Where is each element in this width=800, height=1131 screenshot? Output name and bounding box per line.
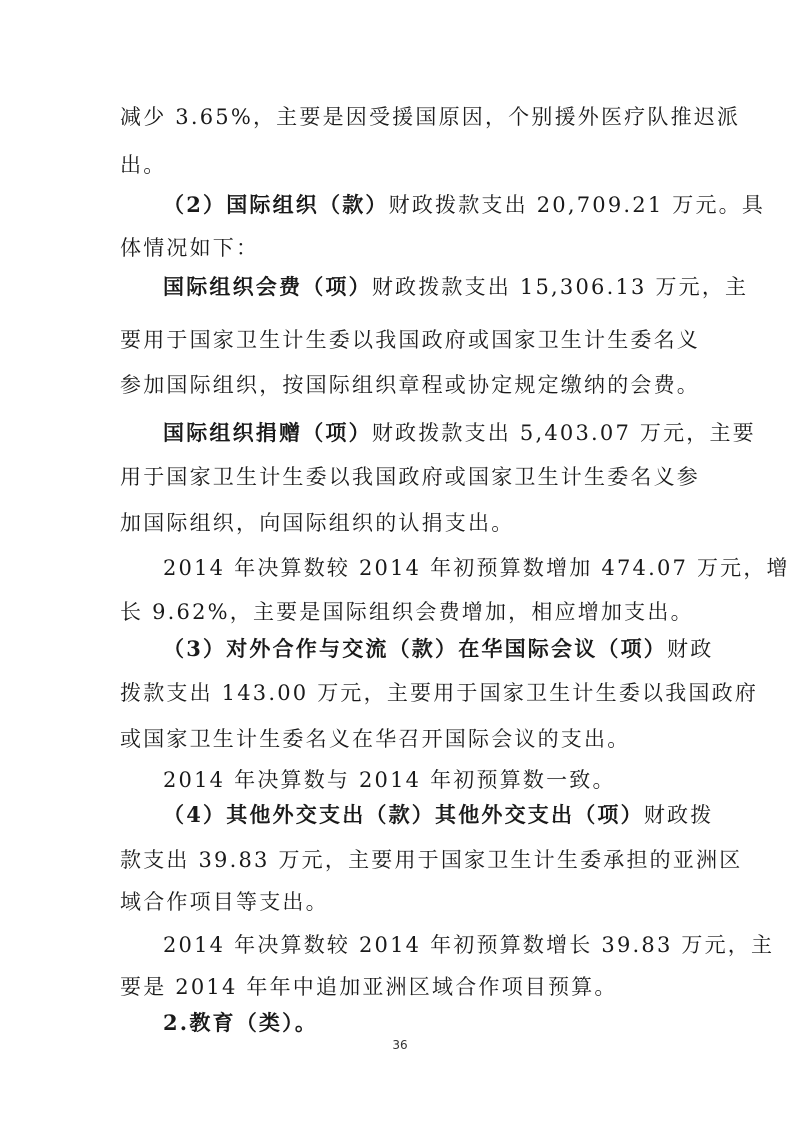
text-line: 款支出 39.83 万元，主要用于国家卫生计生委承担的亚洲区 <box>120 845 685 875</box>
text-line: 域合作项目等支出。 <box>120 887 685 917</box>
text-line: 要用于国家卫生计生委以我国政府或国家卫生计生委名义 <box>120 325 685 355</box>
text-segment: 2014 年决算数与 2014 年初预算数一致。 <box>163 768 616 792</box>
text-line: 用于国家卫生计生委以我国政府或国家卫生计生委名义参 <box>120 462 685 492</box>
text-segment: 长 9.62%，主要是国际组织会费增加，相应增加支出。 <box>120 600 694 624</box>
text-line: 参加国际组织，按国际组织章程或协定规定缴纳的会费。 <box>120 370 685 400</box>
bold-heading: 国际组织捐赠（项） <box>163 420 372 445</box>
bold-heading: 2.教育（类）。 <box>163 1010 318 1035</box>
item-heading-donation: 国际组织捐赠（项）财政拨款支出 5,403.07 万元，主要 <box>163 418 685 448</box>
text-line: 体情况如下： <box>120 233 685 263</box>
text-segment: 2014 年决算数较 2014 年初预算数增长 39.83 万元，主 <box>163 933 774 957</box>
bold-heading: （3）对外合作与交流（款）在华国际会议（项） <box>163 636 667 661</box>
text-segment: 体情况如下： <box>120 236 259 260</box>
text-line: 2014 年决算数较 2014 年初预算数增加 474.07 万元，增 <box>163 553 685 583</box>
text-segment: 款支出 39.83 万元，主要用于国家卫生计生委承担的亚洲区 <box>120 848 742 872</box>
section-heading-2: （2）国际组织（款）财政拨款支出 20,709.21 万元。具 <box>163 190 685 220</box>
text-line: 长 9.62%，主要是国际组织会费增加，相应增加支出。 <box>120 597 685 627</box>
text-line: 减少 3.65%，主要是因受援国原因，个别援外医疗队推迟派 <box>120 102 685 132</box>
text-line: 出。 <box>120 150 685 180</box>
text-segment: 财政 <box>667 637 713 661</box>
text-segment: 财政拨 <box>644 803 714 827</box>
item-heading-membership: 国际组织会费（项）财政拨款支出 15,306.13 万元，主 <box>163 272 685 302</box>
text-line: 2014 年决算数与 2014 年初预算数一致。 <box>163 765 685 795</box>
document-page: 减少 3.65%，主要是因受援国原因，个别援外医疗队推迟派 出。 （2）国际组织… <box>0 0 800 1131</box>
text-line: 2014 年决算数较 2014 年初预算数增长 39.83 万元，主 <box>163 930 685 960</box>
text-segment: 财政拨款支出 5,403.07 万元，主要 <box>372 421 756 445</box>
text-segment: 要是 2014 年年中追加亚洲区域合作项目预算。 <box>120 975 618 999</box>
bold-heading: 国际组织会费（项） <box>163 274 372 299</box>
bold-heading: （2）国际组织（款） <box>163 192 389 217</box>
text-segment: 加国际组织，向国际组织的认捐支出。 <box>120 511 514 535</box>
text-segment: 域合作项目等支出。 <box>120 890 329 914</box>
bold-heading: （4）其他外交支出（款）其他外交支出（项） <box>163 802 644 827</box>
text-line: 或国家卫生计生委名义在华召开国际会议的支出。 <box>120 724 685 754</box>
text-segment: 财政拨款支出 20,709.21 万元。具 <box>389 193 765 217</box>
text-segment: 出。 <box>120 153 166 177</box>
text-line: 要是 2014 年年中追加亚洲区域合作项目预算。 <box>120 972 685 1002</box>
section-heading-3: （3）对外合作与交流（款）在华国际会议（项）财政 <box>163 634 685 664</box>
section-heading-education: 2.教育（类）。 <box>163 1008 685 1038</box>
text-segment: 财政拨款支出 15,306.13 万元，主 <box>372 275 748 299</box>
text-segment: 用于国家卫生计生委以我国政府或国家卫生计生委名义参 <box>120 465 700 489</box>
text-segment: 要用于国家卫生计生委以我国政府或国家卫生计生委名义 <box>120 328 700 352</box>
text-line: 拨款支出 143.00 万元，主要用于国家卫生计生委以我国政府 <box>120 678 685 708</box>
text-segment: 减少 3.65%，主要是因受援国原因，个别援外医疗队推迟派 <box>120 105 740 129</box>
text-segment: 2014 年决算数较 2014 年初预算数增加 474.07 万元，增 <box>163 556 790 580</box>
text-line: 加国际组织，向国际组织的认捐支出。 <box>120 508 685 538</box>
section-heading-4: （4）其他外交支出（款）其他外交支出（项）财政拨 <box>163 800 685 830</box>
page-number: 36 <box>0 1038 800 1052</box>
text-segment: 或国家卫生计生委名义在华召开国际会议的支出。 <box>120 727 630 751</box>
text-segment: 参加国际组织，按国际组织章程或协定规定缴纳的会费。 <box>120 373 700 397</box>
text-segment: 拨款支出 143.00 万元，主要用于国家卫生计生委以我国政府 <box>120 681 758 705</box>
